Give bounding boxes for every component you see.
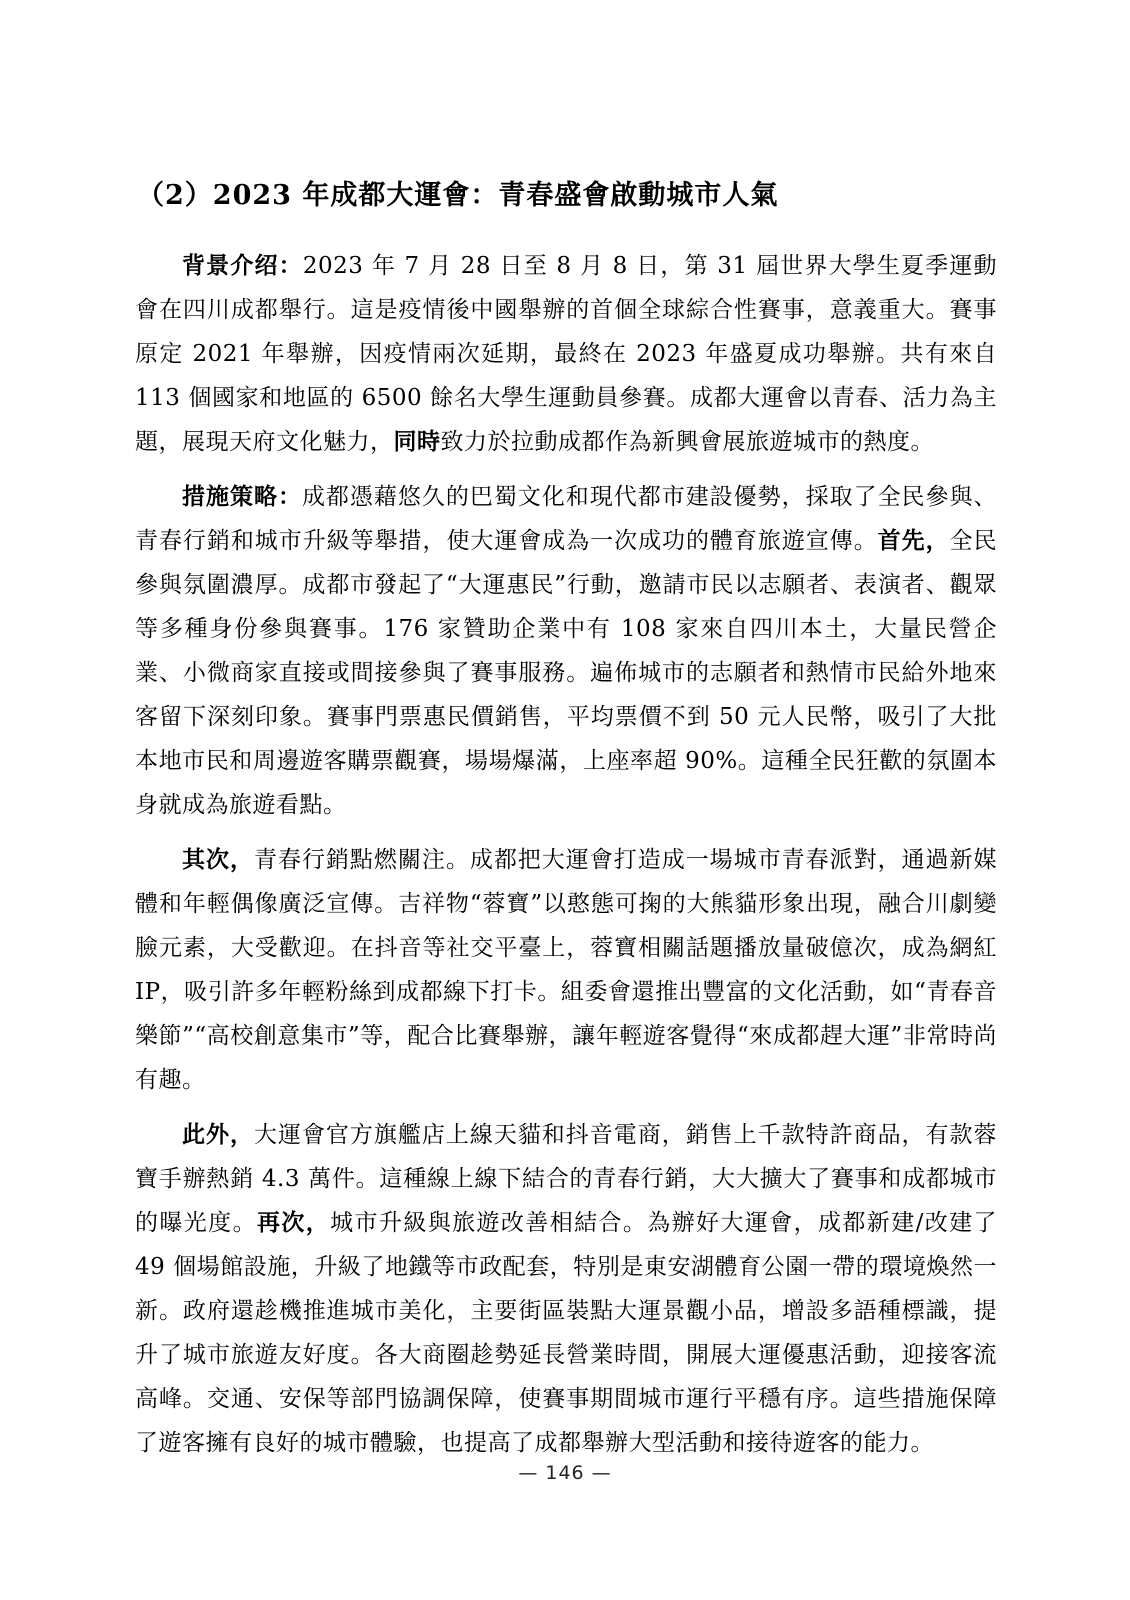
run-text: 全民參與氛圍濃厚。成都市發起了“大運惠民”行動，邀請市民以志願者、表演者、觀眾等… <box>135 528 997 818</box>
run-text: 青春行銷點燃關注。成都把大運會打造成一場城市青春派對，通過新媒體和年輕偶像廣泛宣… <box>135 847 997 1093</box>
paragraph-youth-marketing: 其次，青春行銷點燃關注。成都把大運會打造成一場城市青春派對，通過新媒體和年輕偶像… <box>135 838 997 1102</box>
paragraph-measures-strategy: 措施策略：成都憑藉悠久的巴蜀文化和現代都市建設優勢，採取了全民參與、青春行銷和城… <box>135 475 997 827</box>
run-emphasis-third: 再次， <box>257 1209 330 1236</box>
run-emphasis-besides: 此外， <box>182 1121 254 1148</box>
page-footer: — 146 — <box>0 1462 1130 1484</box>
paragraph-background-intro: 背景介绍：2023 年 7 月 28 日至 8 月 8 日，第 31 屆世界大學… <box>135 244 997 464</box>
run-text: 城市升級與旅遊改善相結合。為辦好大運會，成都新建/改建了 49 個場館設施，升級… <box>135 1210 997 1456</box>
page-number: — 146 — <box>518 1462 611 1484</box>
paragraph-city-upgrade: 此外，大運會官方旗艦店上線天貓和抖音電商，銷售上千款特許商品，有款蓉寶手辦熱銷 … <box>135 1113 997 1465</box>
run-emphasis-tongshi: 同時 <box>394 428 441 455</box>
run-emphasis-first: 首先， <box>878 527 950 554</box>
run-label-background-intro: 背景介绍： <box>182 252 303 279</box>
run-text: 致力於拉動成都作為新興會展旅遊城市的熱度。 <box>441 429 935 455</box>
run-emphasis-second: 其次， <box>182 846 254 873</box>
document-page: （2）2023 年成都大運會：青春盛會啟動城市人氣 背景介绍：2023 年 7 … <box>135 178 997 1476</box>
run-text: 2023 年 7 月 28 日至 8 月 8 日，第 31 屆世界大學生夏季運動… <box>135 253 997 455</box>
run-label-measures: 措施策略： <box>182 483 302 510</box>
section-heading: （2）2023 年成都大運會：青春盛會啟動城市人氣 <box>137 178 997 214</box>
